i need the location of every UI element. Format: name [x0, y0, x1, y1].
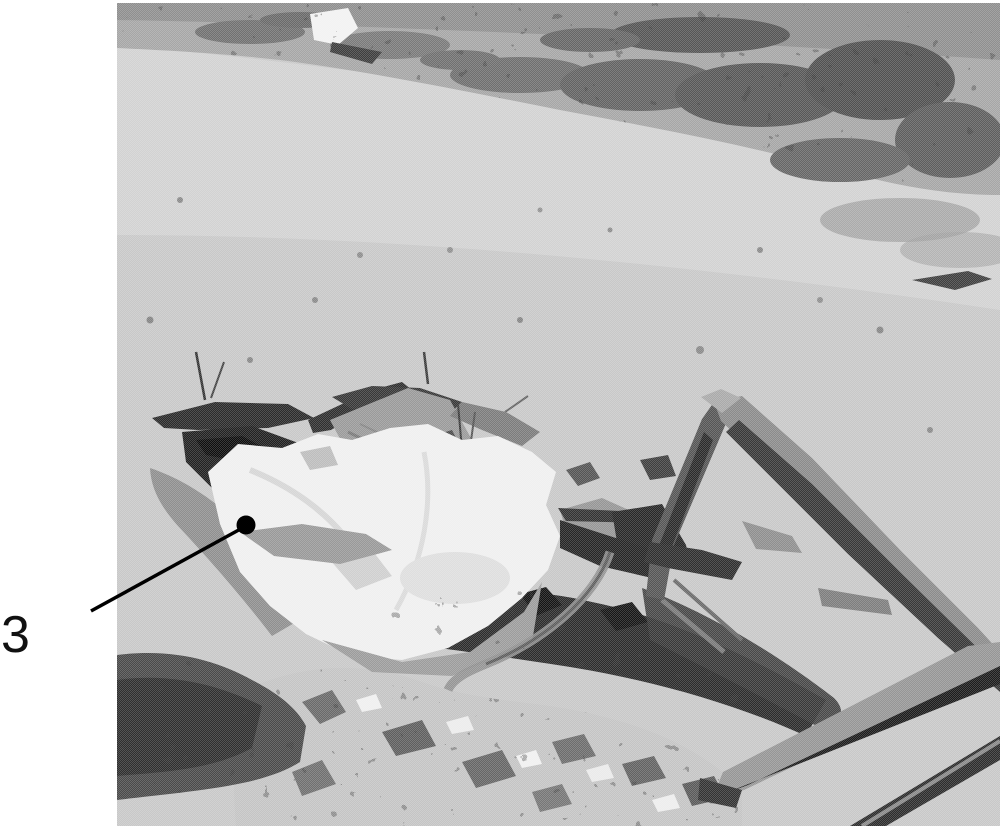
reference-marker-dot — [237, 516, 256, 535]
reference-label: 3 — [1, 609, 30, 661]
figure-photo — [0, 0, 1000, 831]
patent-figure-page: 3 — [0, 0, 1000, 831]
halftone-overlay — [117, 3, 1000, 826]
